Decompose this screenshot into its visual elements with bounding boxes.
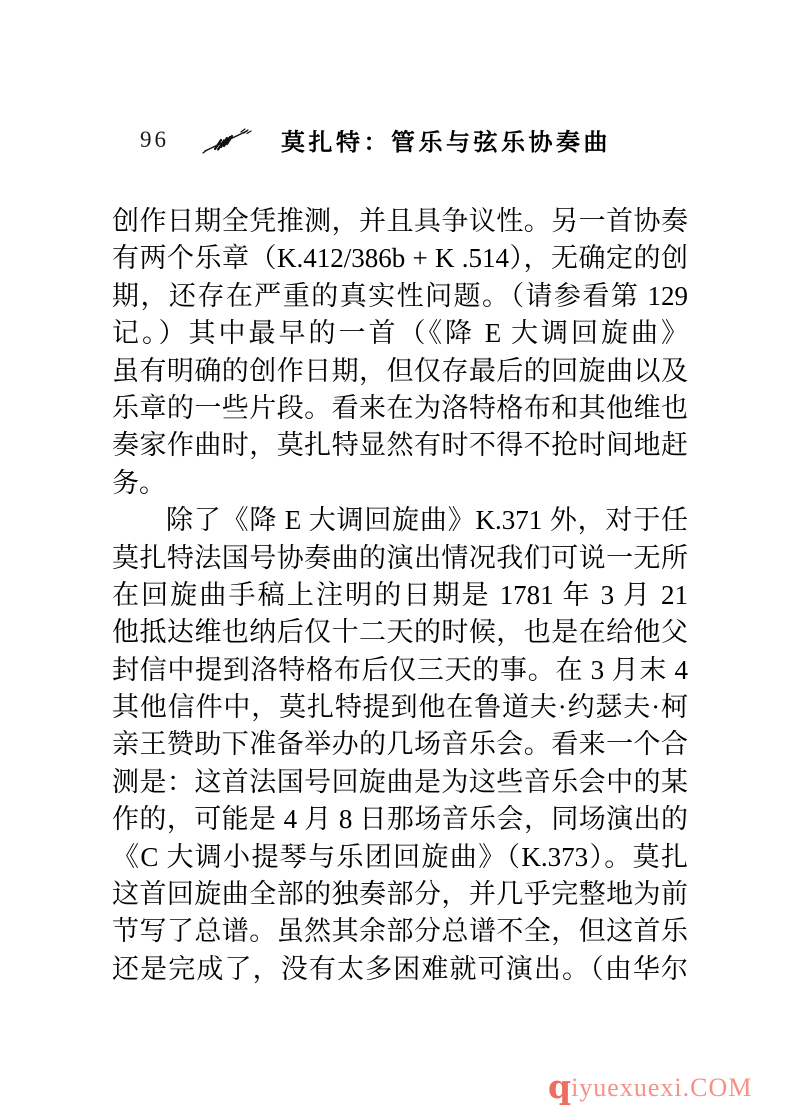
quill-ornament-icon bbox=[201, 125, 253, 155]
body-text: 创作日期全凭推测，并且具争议性。另一首协奏曲仅有两个乐章（K.412/386b … bbox=[112, 203, 688, 988]
text-line: 他抵达维也纳后仅十二天的时候，也是在给他父亲的一 bbox=[112, 614, 688, 651]
watermark-suffix: .COM bbox=[683, 1073, 753, 1102]
text-line: 乐章的一些片段。看来在为洛特格布和其他维也纳独 bbox=[112, 390, 688, 427]
text-line: 在回旋曲手稿上注明的日期是 1781 年 3 月 21 日，这是 bbox=[112, 577, 688, 614]
text-line: 创作日期全凭推测，并且具争议性。另一首协奏曲仅 bbox=[112, 203, 688, 240]
text-line: 期，还存在严重的真实性问题。（请参看第 129 页附 bbox=[112, 278, 688, 315]
text-line: 奏家作曲时，莫扎特显然有时不得不抢时间地赶任 bbox=[112, 427, 688, 464]
text-line: 测是：这首法国号回旋曲是为这些音乐会中的某一场创 bbox=[112, 764, 688, 801]
text-line: 节写了总谱。虽然其余部分总谱不全，但这首乐曲最后 bbox=[112, 913, 688, 950]
text-line: 除了《降 E 大调回旋曲》K.371 外，对于任何一首 bbox=[112, 502, 688, 539]
text-line: 有两个乐章（K.412/386b + K .514），无确定的创作日 bbox=[112, 240, 688, 277]
page-header: 96 莫扎特：管乐与弦乐协奏曲 bbox=[140, 122, 611, 157]
page-number: 96 bbox=[140, 127, 169, 153]
text-line: 莫扎特法国号协奏曲的演出情况我们可说一无所知。他 bbox=[112, 540, 688, 577]
paragraph: 创作日期全凭推测，并且具争议性。另一首协奏曲仅有两个乐章（K.412/386b … bbox=[112, 203, 688, 502]
chapter-title: 莫扎特：管乐与弦乐协奏曲 bbox=[281, 122, 611, 156]
text-line: 封信中提到洛特格布后仅三天的事。在 3 月末 4 月初的 bbox=[112, 652, 688, 689]
text-line: 务。 bbox=[112, 465, 688, 502]
watermark-prefix: q bbox=[548, 1072, 571, 1102]
watermark-rest: iyuexuexi bbox=[571, 1073, 683, 1102]
text-line: 还是完成了，没有太多困难就可演出。（由华尔德马·斯 bbox=[112, 951, 688, 988]
paragraph: 除了《降 E 大调回旋曲》K.371 外，对于任何一首莫扎特法国号协奏曲的演出情… bbox=[112, 502, 688, 988]
text-line: 这首回旋曲全部的独奏部分，并几乎完整地为前六十小 bbox=[112, 876, 688, 913]
text-line: 《C 大调小提琴与乐团回旋曲》（K.373）。莫扎特创作了 bbox=[112, 839, 688, 876]
text-line: 作的，可能是 4 月 8 日那场音乐会，同场演出的还有 bbox=[112, 801, 688, 838]
text-line: 其他信件中，莫扎特提到他在鲁道夫·约瑟夫·柯罗列多 bbox=[112, 689, 688, 726]
text-line: 亲王赞助下准备举办的几场音乐会。看来一个合理的推 bbox=[112, 726, 688, 763]
watermark: qiyuexuexi.COM bbox=[548, 1072, 752, 1102]
book-page: 96 莫扎特：管乐与弦乐协奏曲 创作日期全凭推测，并且具争议性。另一首协奏曲仅有… bbox=[0, 0, 794, 1120]
text-line: 记。）其中最早的一首（《降 E 大调回旋曲》K.371） bbox=[112, 315, 688, 352]
text-line: 虽有明确的创作日期，但仅存最后的回旋曲以及第一 bbox=[112, 353, 688, 390]
